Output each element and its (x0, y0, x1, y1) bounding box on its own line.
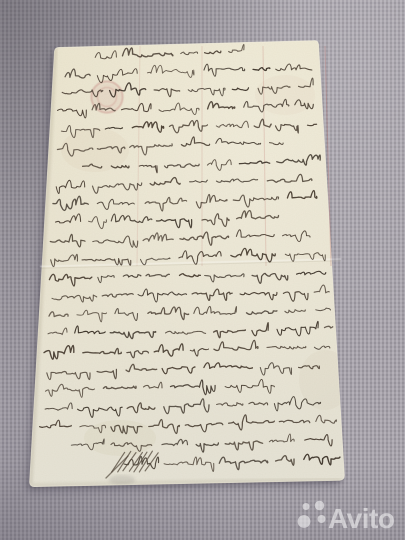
postcard (20, 32, 354, 496)
avito-watermark-label: Avito (328, 503, 395, 534)
listing-photo: Avito (0, 0, 405, 540)
graphite-smudge (109, 475, 135, 485)
photo-canvas: Avito (0, 0, 405, 540)
